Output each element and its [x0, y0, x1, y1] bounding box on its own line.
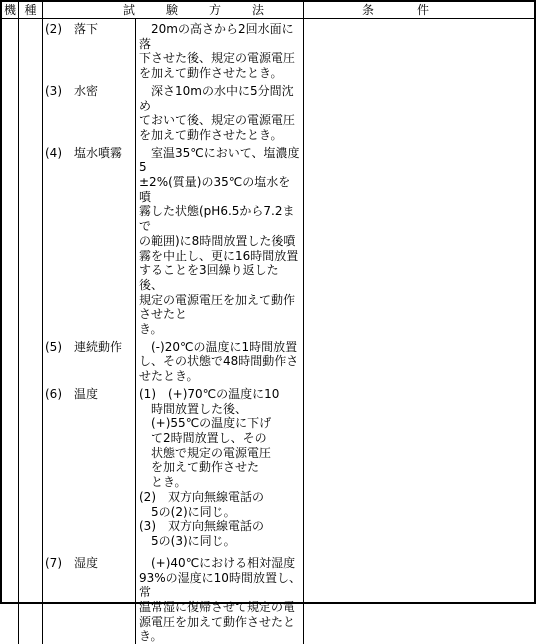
- machine-cell: [2, 143, 19, 337]
- test-item-label: (2) 落下: [43, 19, 136, 81]
- test-method-text: (-)20℃の温度に1時間放置 し、その状態で48時間動作さ せたとき。: [136, 337, 304, 384]
- test-item-label: (6) 温度: [43, 384, 136, 553]
- test-method-text: 20mの高さから2回水面に落 下させた後、規定の電源電圧 を加えて動作させたとき…: [136, 19, 304, 81]
- condition-cell: [304, 81, 534, 143]
- test-item-label: (5) 連続動作: [43, 337, 136, 384]
- table-row-salt-spray-test: (4) 塩水噴霧 室温35℃において、塩濃度5 ±2%(質量)の35℃の塩水を噴…: [2, 143, 534, 337]
- test-item-label: (7) 湿度: [43, 553, 136, 644]
- kind-cell: [19, 143, 43, 337]
- machine-cell: [2, 81, 19, 143]
- condition-cell: [304, 19, 534, 81]
- kind-cell: [19, 19, 43, 81]
- kind-cell: [19, 553, 43, 644]
- table-row-continuous-operation-test: (5) 連続動作 (-)20℃の温度に1時間放置 し、その状態で48時間動作さ …: [2, 337, 534, 384]
- header-machine-col2: 種: [19, 2, 43, 18]
- kind-cell: [19, 81, 43, 143]
- test-method-text: (+)40℃における相対湿度 93%の湿度に10時間放置し、常 温常湿に復帰させ…: [136, 553, 304, 644]
- header-machine-col1: 機: [2, 2, 19, 18]
- machine-cell: [2, 553, 19, 644]
- test-method-text: (1) (+)70℃の温度に10 時間放置した後、 (+)55℃の温度に下げ て…: [136, 384, 304, 553]
- machine-cell: [2, 337, 19, 384]
- condition-cell: [304, 553, 534, 644]
- test-method-text: 深さ10mの水中に5分間沈め ておいて後、規定の電源電圧 を加えて動作させたとき…: [136, 81, 304, 143]
- header-test-method: 試験方法: [43, 2, 304, 18]
- kind-cell: [19, 337, 43, 384]
- machine-cell: [2, 384, 19, 553]
- machine-cell: [2, 19, 19, 81]
- test-item-label: (4) 塩水噴霧: [43, 143, 136, 337]
- test-method-table: 機 種 試験方法 条件 (2) 落下 20mの高さから2回水面に落 下させた後、…: [0, 0, 536, 604]
- table-body: (2) 落下 20mの高さから2回水面に落 下させた後、規定の電源電圧 を加えて…: [2, 19, 534, 644]
- table-row-watertight-test: (3) 水密 深さ10mの水中に5分間沈め ておいて後、規定の電源電圧 を加えて…: [2, 81, 534, 143]
- header-conditions: 条件: [304, 2, 534, 18]
- table-row-humidity-test: (7) 湿度 (+)40℃における相対湿度 93%の湿度に10時間放置し、常 温…: [2, 553, 534, 644]
- kind-cell: [19, 384, 43, 553]
- table-header-row: 機 種 試験方法 条件: [2, 2, 534, 19]
- condition-cell: [304, 384, 534, 553]
- test-method-text: 室温35℃において、塩濃度5 ±2%(質量)の35℃の塩水を噴 霧した状態(pH…: [136, 143, 304, 337]
- table-row-drop-test: (2) 落下 20mの高さから2回水面に落 下させた後、規定の電源電圧 を加えて…: [2, 19, 534, 81]
- test-item-label: (3) 水密: [43, 81, 136, 143]
- condition-cell: [304, 337, 534, 384]
- document-page: 機 種 試験方法 条件 (2) 落下 20mの高さから2回水面に落 下させた後、…: [0, 0, 536, 604]
- condition-cell: [304, 143, 534, 337]
- table-row-temperature-test: (6) 温度 (1) (+)70℃の温度に10 時間放置した後、 (+)55℃の…: [2, 384, 534, 553]
